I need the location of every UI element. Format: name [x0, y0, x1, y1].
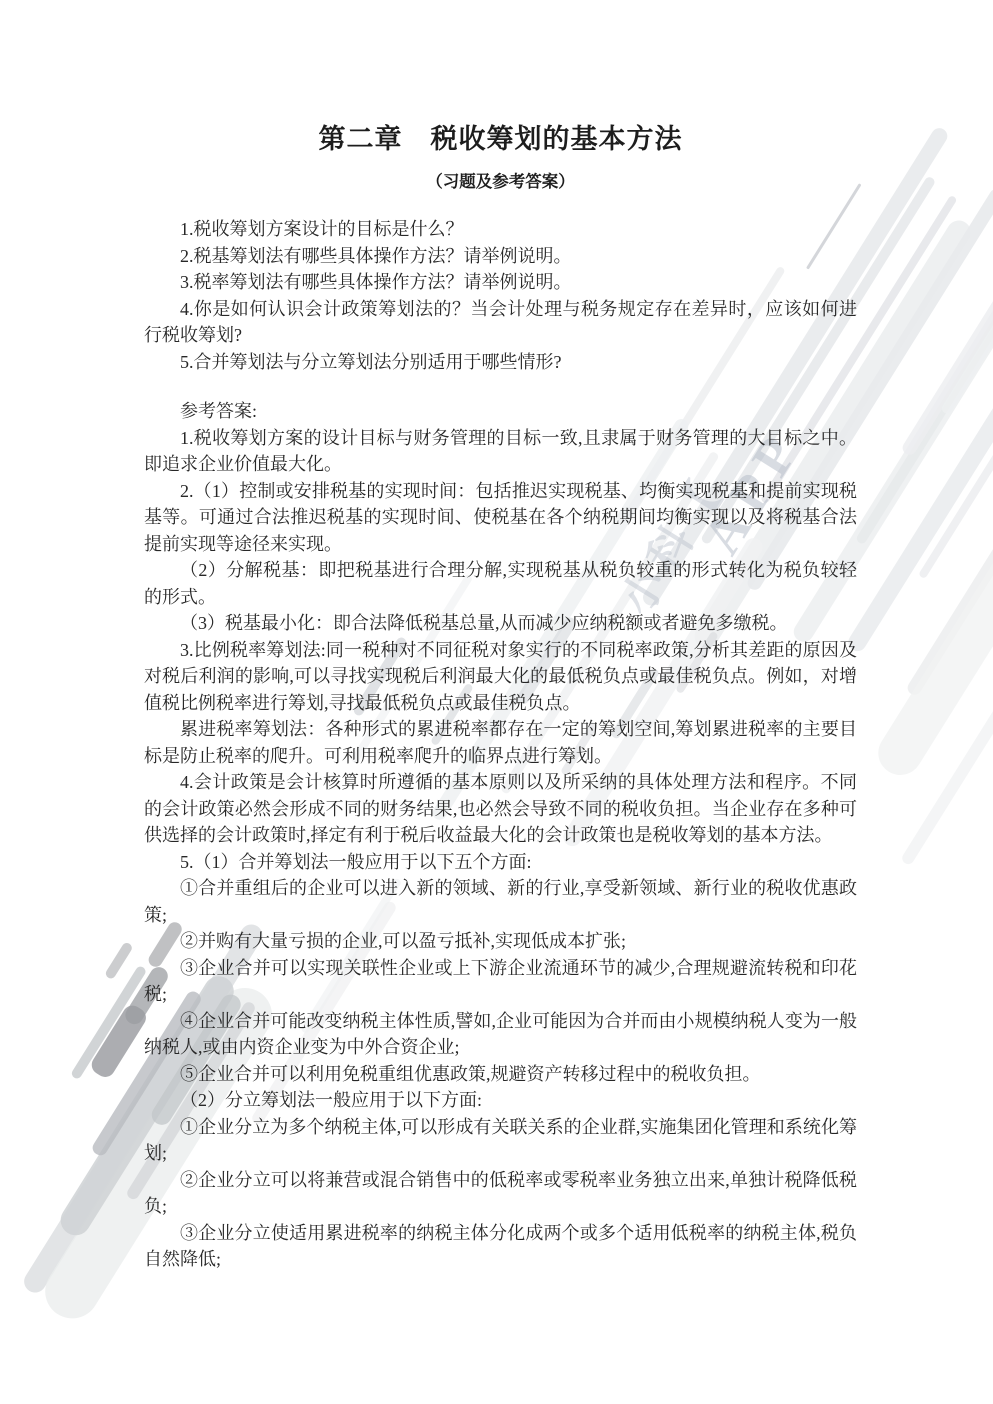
answers-section: 参考答案: 1.税收筹划方案的设计目标与财务管理的目标一致,且隶属于财务管理的大…: [144, 398, 857, 1273]
answers-heading: 参考答案:: [144, 398, 857, 425]
answer-paragraph-7: 4.会计政策是会计核算时所遵循的基本原则以及所采纳的具体处理方法和程序。不同的会…: [144, 769, 857, 849]
answer-paragraph-11: ③企业合并可以实现关联性企业或上下游企业流通环节的减少,合理规避流转税和印花税;: [144, 955, 857, 1008]
answer-paragraph-12: ④企业合并可能改变纳税主体性质,譬如,企业可能因为合并而由小规模纳税人变为一般纳…: [144, 1008, 857, 1061]
document-content: 第二章 税收筹划的基本方法 （习题及参考答案） 1.税收筹划方案设计的目标是什么…: [144, 122, 857, 1273]
answer-paragraph-14: （2）分立筹划法一般应用于以下方面:: [144, 1087, 857, 1114]
question-item-1: 1.税收筹划方案设计的目标是什么？: [144, 216, 857, 243]
answer-paragraph-5: 3.比例税率筹划法:同一税种对不同征税对象实行的不同税率政策,分析其差距的原因及…: [144, 637, 857, 717]
page-subtitle: （习题及参考答案）: [144, 171, 857, 193]
answer-paragraph-16: ②企业分立可以将兼营或混合销售中的低税率或零税率业务独立出来,单独计税降低税负;: [144, 1167, 857, 1220]
answer-paragraph-2: 2.（1）控制或安排税基的实现时间：包括推迟实现税基、均衡实现税基和提前实现税基…: [144, 478, 857, 558]
answer-paragraph-17: ③企业分立使适用累进税率的纳税主体分化成两个或多个适用低税率的纳税主体,税负自然…: [144, 1220, 857, 1273]
answer-paragraph-6: 累进税率筹划法：各种形式的累进税率都存在一定的筹划空间,筹划累进税率的主要目标是…: [144, 716, 857, 769]
document-page: 小科【 APP 第二章 税收筹划的基本方法 （习题及参考答案） 1.税收筹划方案…: [0, 0, 993, 1404]
page-title: 第二章 税收筹划的基本方法: [144, 122, 857, 157]
answer-paragraph-9: ①合并重组后的企业可以进入新的领域、新的行业,享受新领域、新行业的税收优惠政策;: [144, 875, 857, 928]
question-item-4: 4.你是如何认识会计政策筹划法的？当会计处理与税务规定存在差异时，应该如何进行税…: [144, 296, 857, 349]
answer-paragraph-15: ①企业分立为多个纳税主体,可以形成有关联关系的企业群,实施集团化管理和系统化筹划…: [144, 1114, 857, 1167]
answer-paragraph-8: 5.（1）合并筹划法一般应用于以下五个方面:: [144, 849, 857, 876]
answer-paragraph-13: ⑤企业合并可以利用免税重组优惠政策,规避资产转移过程中的税收负担。: [144, 1061, 857, 1088]
answer-paragraph-10: ②并购有大量亏损的企业,可以盈亏抵补,实现低成本扩张;: [144, 928, 857, 955]
question-item-3: 3.税率筹划法有哪些具体操作方法？请举例说明。: [144, 269, 857, 296]
answer-paragraph-3: （2）分解税基：即把税基进行合理分解,实现税基从税负较重的形式转化为税负较轻的形…: [144, 557, 857, 610]
answer-paragraph-4: （3）税基最小化：即合法降低税基总量,从而减少应纳税额或者避免多缴税。: [144, 610, 857, 637]
answer-paragraph-1: 1.税收筹划方案的设计目标与财务管理的目标一致,且隶属于财务管理的大目标之中。即…: [144, 425, 857, 478]
questions-section: 1.税收筹划方案设计的目标是什么？ 2.税基筹划法有哪些具体操作方法？请举例说明…: [144, 216, 857, 375]
question-item-5: 5.合并筹划法与分立筹划法分别适用于哪些情形?: [144, 349, 857, 376]
question-item-2: 2.税基筹划法有哪些具体操作方法？请举例说明。: [144, 243, 857, 270]
